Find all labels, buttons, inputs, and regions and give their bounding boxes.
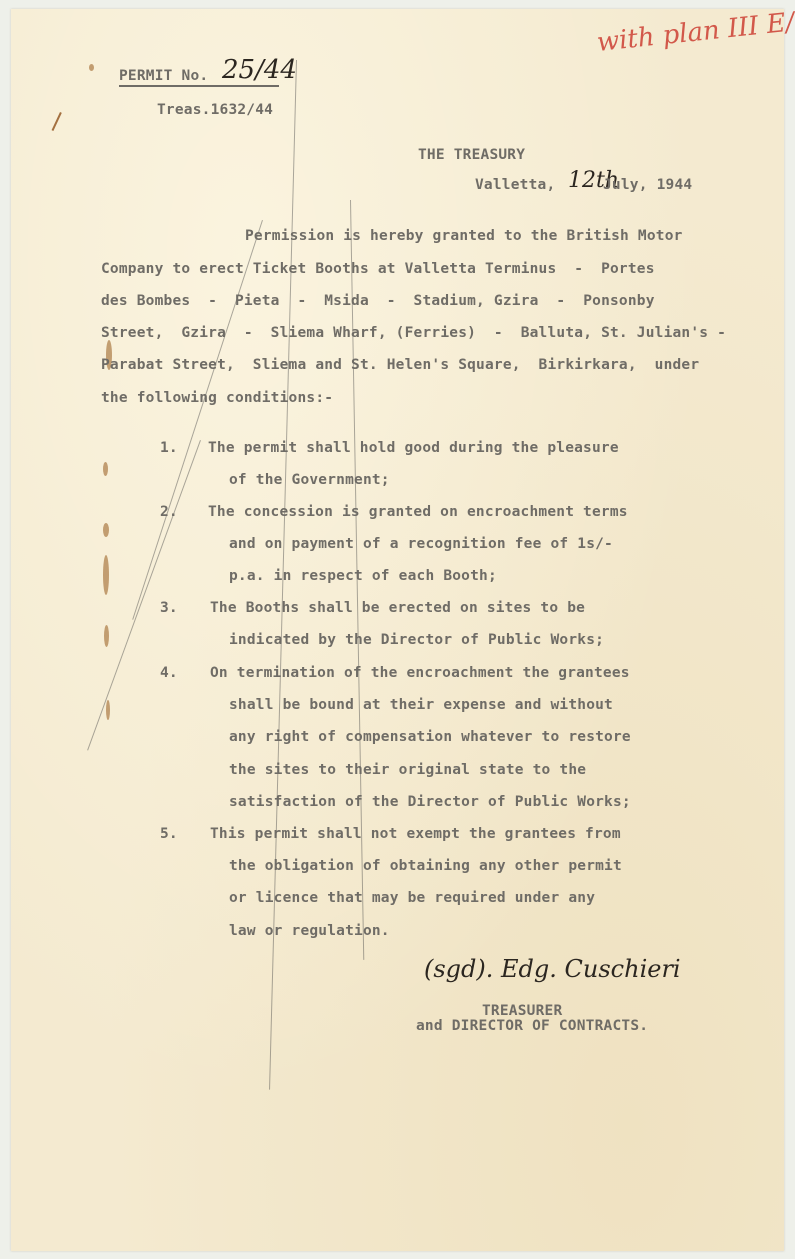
signatory-title: and DIRECTOR OF CONTRACTS. xyxy=(416,1018,648,1034)
condition-number: 5. xyxy=(160,826,178,842)
condition-line: the obligation of obtaining any other pe… xyxy=(229,858,622,874)
condition-line: and on payment of a recognition fee of 1… xyxy=(229,536,613,552)
condition-line: the sites to their original state to the xyxy=(229,762,586,778)
condition-number: 1. xyxy=(160,440,178,456)
condition-line: indicated by the Director of Public Work… xyxy=(229,632,604,648)
condition-number: 4. xyxy=(160,665,178,681)
signature: (sgd). Edg. Cuschieri xyxy=(424,955,681,983)
place: Valletta, xyxy=(475,177,555,193)
rust-stain xyxy=(104,625,109,647)
rust-stain xyxy=(103,523,109,537)
rust-stain xyxy=(103,462,108,476)
condition-line: law or regulation. xyxy=(229,923,390,939)
condition-number: 2. xyxy=(160,504,178,520)
treasury-reference: Treas.1632/44 xyxy=(157,102,273,118)
condition-line: This permit shall not exempt the grantee… xyxy=(210,826,621,842)
condition-line: any right of compensation whatever to re… xyxy=(229,729,631,745)
body-line: Street, Gzira - Sliema Wharf, (Ferries) … xyxy=(101,325,726,341)
condition-line: satisfaction of the Director of Public W… xyxy=(229,794,631,810)
condition-line: of the Government; xyxy=(229,472,390,488)
office-name: THE TREASURY xyxy=(418,147,525,163)
body-line: Permission is hereby granted to the Brit… xyxy=(245,228,683,244)
condition-line: The Booths shall be erected on sites to … xyxy=(210,600,585,616)
date-month-year: July, 1944 xyxy=(603,177,692,193)
body-line: Parabat Street, Sliema and St. Helen's S… xyxy=(101,357,699,373)
document-page xyxy=(11,9,784,1251)
signatory-title: TREASURER xyxy=(482,1003,562,1019)
condition-number: 3. xyxy=(160,600,178,616)
condition-line: p.a. in respect of each Booth; xyxy=(229,568,497,584)
body-line: the following conditions:- xyxy=(101,390,333,406)
body-line: Company to erect Ticket Booths at Vallet… xyxy=(101,261,655,277)
condition-line: shall be bound at their expense and with… xyxy=(229,697,613,713)
condition-line: or licence that may be required under an… xyxy=(229,890,595,906)
condition-line: The permit shall hold good during the pl… xyxy=(208,440,619,456)
body-line: des Bombes - Pieta - Msida - Stadium, Gz… xyxy=(101,293,655,309)
condition-line: On termination of the encroachment the g… xyxy=(210,665,630,681)
condition-line: The concession is granted on encroachmen… xyxy=(208,504,628,520)
rust-stain xyxy=(106,700,110,720)
rust-stain xyxy=(103,555,109,595)
rust-stain xyxy=(89,64,94,71)
permit-number: 25/44 xyxy=(222,55,297,85)
